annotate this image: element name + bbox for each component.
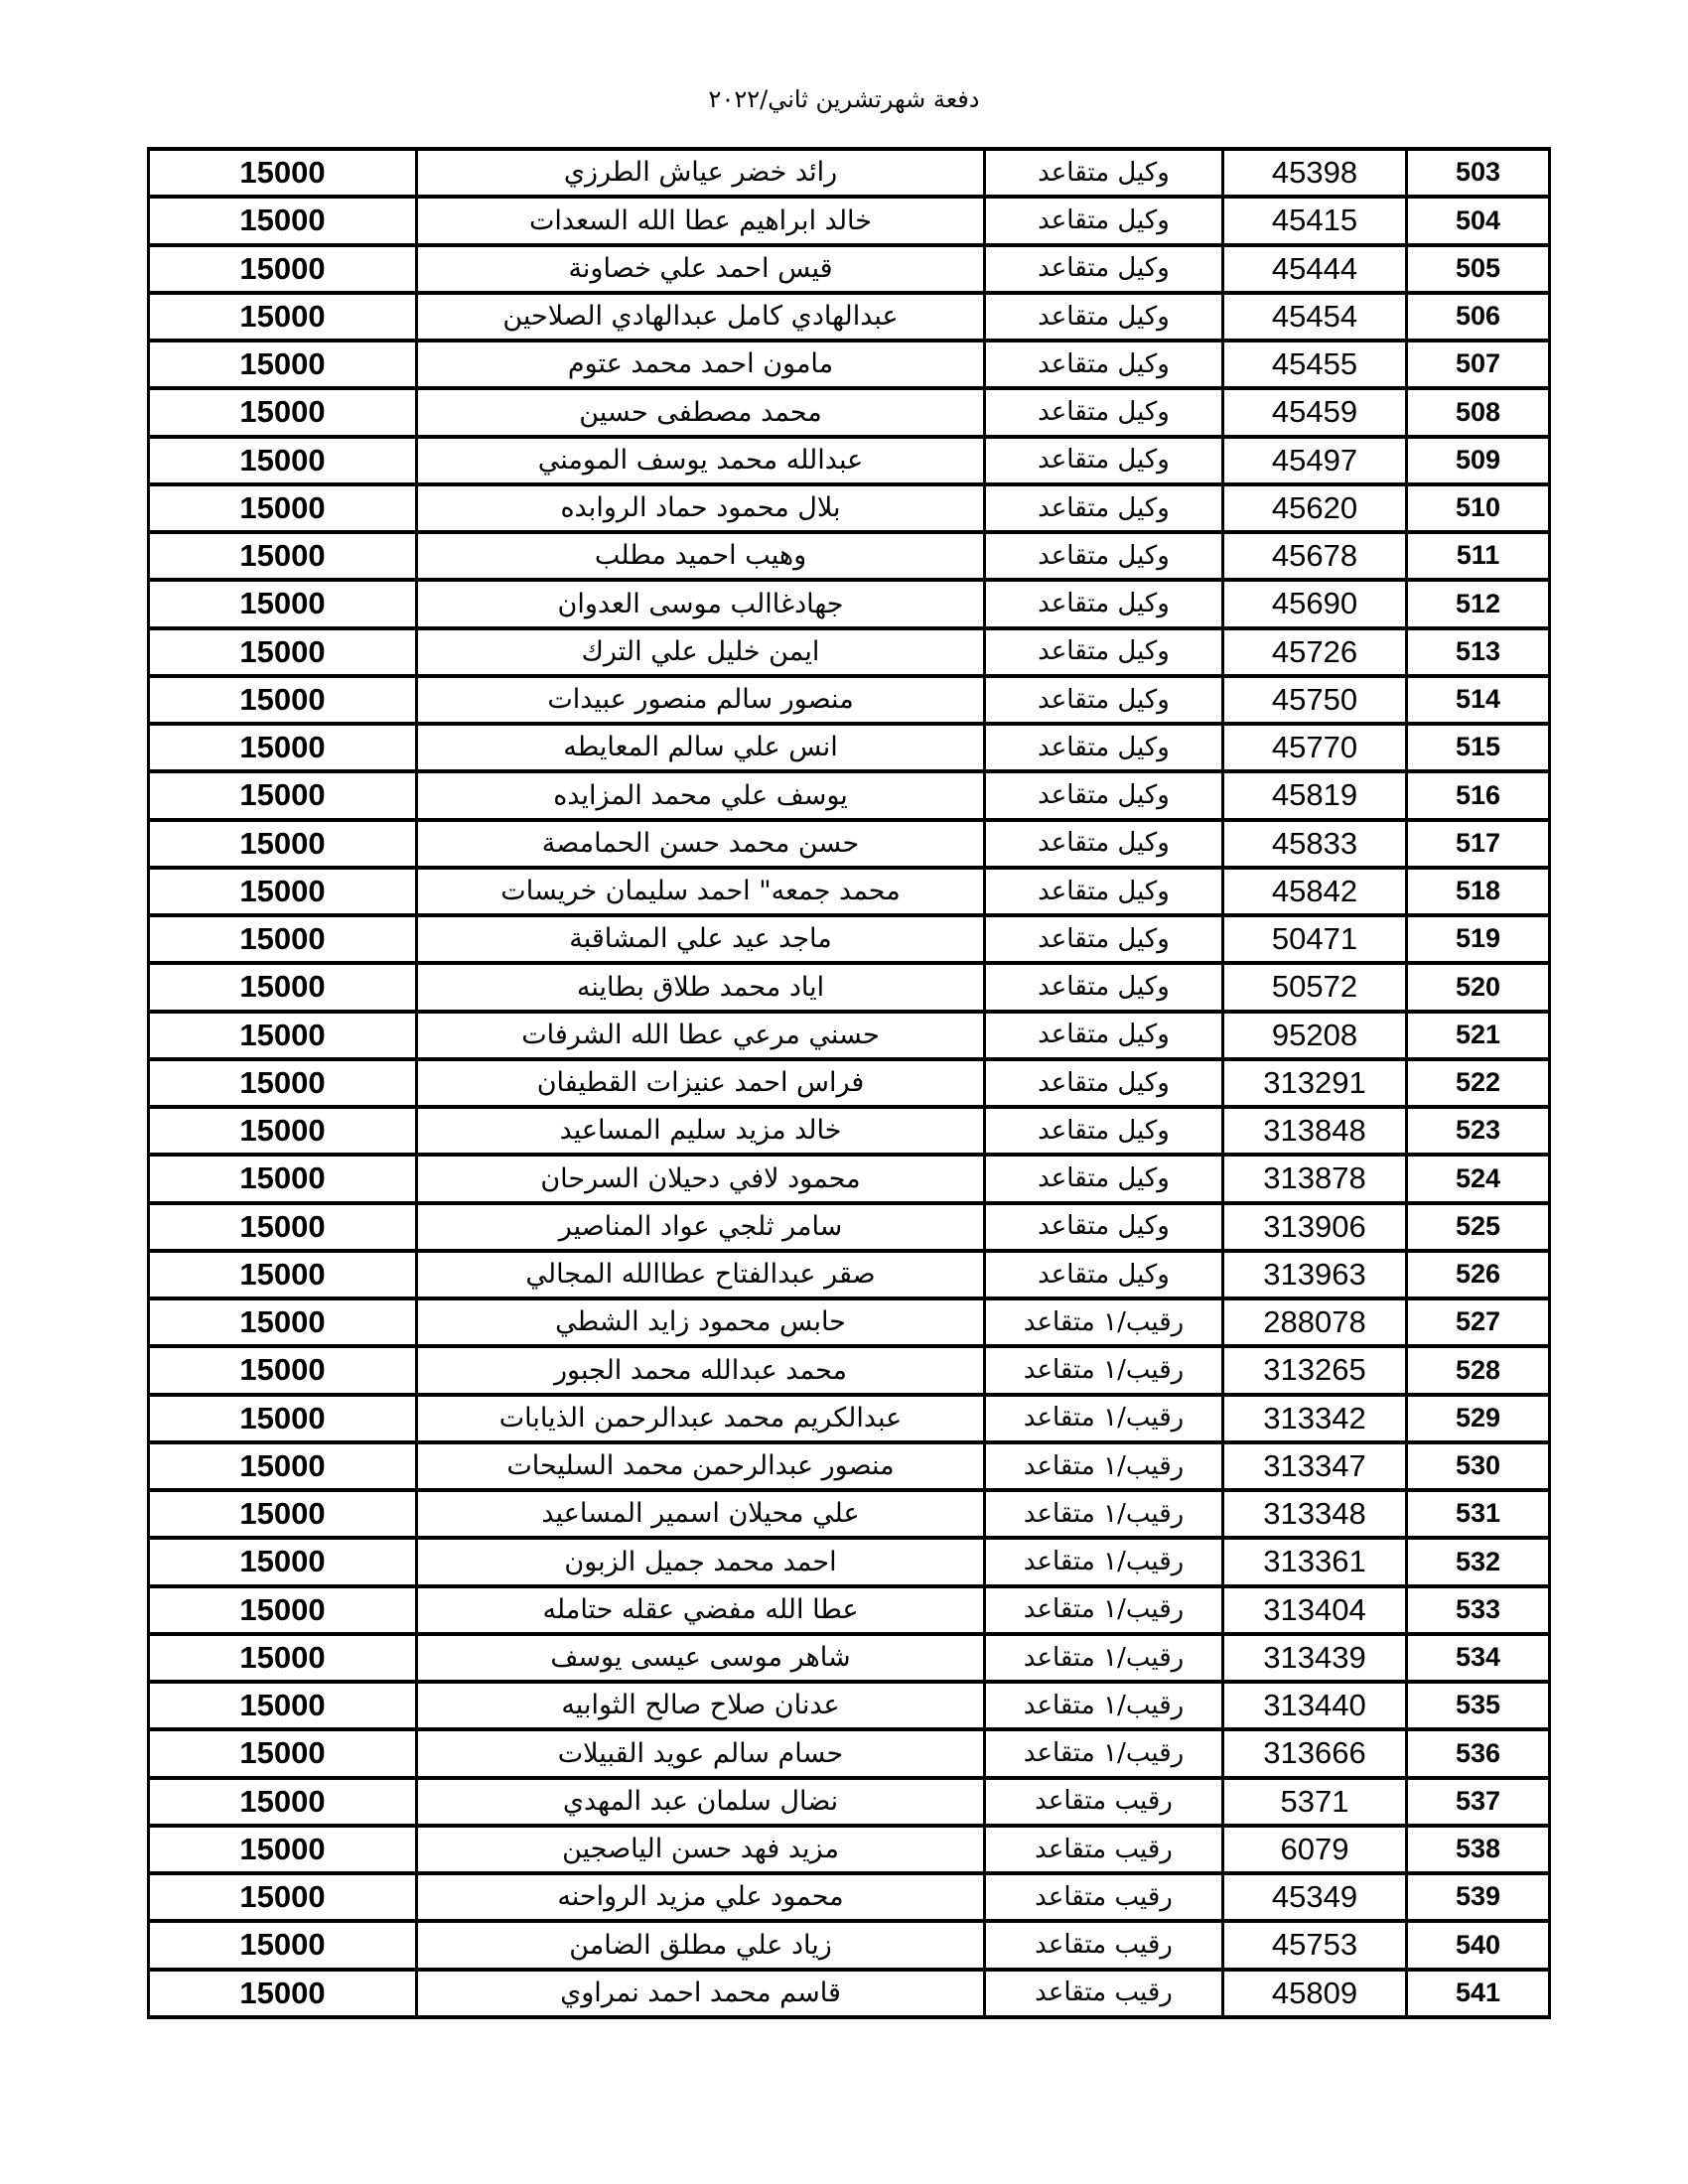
amount-cell: 15000 <box>149 245 417 293</box>
table-row: 541 45809 رقيب متقاعد قاسم محمد احمد نمر… <box>149 1970 1550 2018</box>
name-cell: اياد محمد طلاق بطاينه <box>417 963 985 1011</box>
id-cell: 45770 <box>1223 724 1407 771</box>
id-cell: 45497 <box>1223 437 1407 484</box>
rank-cell: وكيل متقاعد <box>985 676 1223 724</box>
name-cell: حسن محمد حسن الحمامصة <box>417 820 985 868</box>
amount-cell: 15000 <box>149 868 417 915</box>
amount-cell: 15000 <box>149 1921 417 1969</box>
table-row: 524 313878 وكيل متقاعد محمود لافي دحيلان… <box>149 1155 1550 1202</box>
amount-cell: 15000 <box>149 963 417 1011</box>
amount-cell: 15000 <box>149 1538 417 1585</box>
id-cell: 45726 <box>1223 628 1407 676</box>
id-cell: 50471 <box>1223 915 1407 963</box>
name-cell: عبدالله محمد يوسف المومني <box>417 437 985 484</box>
row-number-cell: 504 <box>1407 197 1550 244</box>
id-cell: 313848 <box>1223 1107 1407 1155</box>
rank-cell: وكيل متقاعد <box>985 1203 1223 1251</box>
name-cell: محمد جمعه" احمد سليمان خريسات <box>417 868 985 915</box>
rank-cell: وكيل متقاعد <box>985 868 1223 915</box>
rank-cell: وكيل متقاعد <box>985 1059 1223 1107</box>
rank-cell: وكيل متقاعد <box>985 915 1223 963</box>
name-cell: محمد مصطفى حسين <box>417 388 985 436</box>
rank-cell: رقيب متقاعد <box>985 1778 1223 1826</box>
id-cell: 288078 <box>1223 1298 1407 1346</box>
id-cell: 313404 <box>1223 1586 1407 1634</box>
rank-cell: وكيل متقاعد <box>985 1012 1223 1059</box>
amount-cell: 15000 <box>149 580 417 627</box>
amount-cell: 15000 <box>149 676 417 724</box>
row-number-cell: 526 <box>1407 1251 1550 1298</box>
name-cell: عبدالهادي كامل عبدالهادي الصلاحين <box>417 293 985 341</box>
amount-cell: 15000 <box>149 1155 417 1202</box>
id-cell: 45455 <box>1223 341 1407 388</box>
amount-cell: 15000 <box>149 1442 417 1490</box>
name-cell: عطا الله مفضي عقله حتامله <box>417 1586 985 1634</box>
amount-cell: 15000 <box>149 197 417 244</box>
id-cell: 45842 <box>1223 868 1407 915</box>
name-cell: وهيب احميد مطلب <box>417 532 985 580</box>
table-row: 536 313666 رقيب/١ متقاعد حسام سالم عويد … <box>149 1729 1550 1777</box>
amount-cell: 15000 <box>149 532 417 580</box>
table-row: 504 45415 وكيل متقاعد خالد ابراهيم عطا ا… <box>149 197 1550 244</box>
rank-cell: وكيل متقاعد <box>985 724 1223 771</box>
table-row: 511 45678 وكيل متقاعد وهيب احميد مطلب 15… <box>149 532 1550 580</box>
rank-cell: رقيب/١ متقاعد <box>985 1729 1223 1777</box>
row-number-cell: 510 <box>1407 484 1550 532</box>
rank-cell: رقيب/١ متقاعد <box>985 1490 1223 1538</box>
row-number-cell: 535 <box>1407 1682 1550 1729</box>
rank-cell: رقيب متقاعد <box>985 1970 1223 2018</box>
row-number-cell: 522 <box>1407 1059 1550 1107</box>
table-row: 525 313906 وكيل متقاعد سامر ثلجي عواد ال… <box>149 1203 1550 1251</box>
id-cell: 45833 <box>1223 820 1407 868</box>
table-row: 515 45770 وكيل متقاعد انس علي سالم المعا… <box>149 724 1550 771</box>
id-cell: 313348 <box>1223 1490 1407 1538</box>
name-cell: محمود لافي دحيلان السرحان <box>417 1155 985 1202</box>
name-cell: سامر ثلجي عواد المناصير <box>417 1203 985 1251</box>
name-cell: خالد ابراهيم عطا الله السعدات <box>417 197 985 244</box>
amount-cell: 15000 <box>149 820 417 868</box>
name-cell: احمد محمد جميل الزبون <box>417 1538 985 1585</box>
table-row: 539 45349 رقيب متقاعد محمود علي مزيد الر… <box>149 1873 1550 1921</box>
document-page: دفعة شهرتشرين ثاني/٢٠٢٢ 503 45398 وكيل م… <box>0 0 1688 2184</box>
table-row: 513 45726 وكيل متقاعد ايمن خليل علي التر… <box>149 628 1550 676</box>
table-row: 540 45753 رقيب متقاعد زياد علي مطلق الضا… <box>149 1921 1550 1969</box>
table-row: 530 313347 رقيب/١ متقاعد منصور عبدالرحمن… <box>149 1442 1550 1490</box>
name-cell: جهادغاالب موسى العدوان <box>417 580 985 627</box>
rank-cell: وكيل متقاعد <box>985 1107 1223 1155</box>
id-cell: 45398 <box>1223 149 1407 197</box>
amount-cell: 15000 <box>149 1012 417 1059</box>
table-row: 508 45459 وكيل متقاعد محمد مصطفى حسين 15… <box>149 388 1550 436</box>
row-number-cell: 506 <box>1407 293 1550 341</box>
row-number-cell: 503 <box>1407 149 1550 197</box>
rank-cell: وكيل متقاعد <box>985 245 1223 293</box>
rank-cell: رقيب/١ متقاعد <box>985 1538 1223 1585</box>
name-cell: محمد عبدالله محمد الجبور <box>417 1346 985 1394</box>
id-cell: 313361 <box>1223 1538 1407 1585</box>
amount-cell: 15000 <box>149 437 417 484</box>
row-number-cell: 538 <box>1407 1826 1550 1873</box>
row-number-cell: 514 <box>1407 676 1550 724</box>
id-cell: 45415 <box>1223 197 1407 244</box>
name-cell: قاسم محمد احمد نمراوي <box>417 1970 985 2018</box>
id-cell: 313347 <box>1223 1442 1407 1490</box>
row-number-cell: 523 <box>1407 1107 1550 1155</box>
id-cell: 45753 <box>1223 1921 1407 1969</box>
row-number-cell: 525 <box>1407 1203 1550 1251</box>
name-cell: بلال محمود حماد الروابده <box>417 484 985 532</box>
id-cell: 45678 <box>1223 532 1407 580</box>
row-number-cell: 513 <box>1407 628 1550 676</box>
id-cell: 45444 <box>1223 245 1407 293</box>
table-row: 506 45454 وكيل متقاعد عبدالهادي كامل عبد… <box>149 293 1550 341</box>
name-cell: نضال سلمان عبد المهدي <box>417 1778 985 1826</box>
table-row: 527 288078 رقيب/١ متقاعد حابس محمود زايد… <box>149 1298 1550 1346</box>
amount-cell: 15000 <box>149 1970 417 2018</box>
amount-cell: 15000 <box>149 1107 417 1155</box>
table-row: 512 45690 وكيل متقاعد جهادغاالب موسى الع… <box>149 580 1550 627</box>
rank-cell: رقيب/١ متقاعد <box>985 1682 1223 1729</box>
table-row: 521 95208 وكيل متقاعد حسني مرعي عطا الله… <box>149 1012 1550 1059</box>
id-cell: 45809 <box>1223 1970 1407 2018</box>
row-number-cell: 519 <box>1407 915 1550 963</box>
id-cell: 313265 <box>1223 1346 1407 1394</box>
amount-cell: 15000 <box>149 293 417 341</box>
row-number-cell: 531 <box>1407 1490 1550 1538</box>
row-number-cell: 517 <box>1407 820 1550 868</box>
row-number-cell: 515 <box>1407 724 1550 771</box>
rank-cell: رقيب متقاعد <box>985 1826 1223 1873</box>
rank-cell: وكيل متقاعد <box>985 1251 1223 1298</box>
rank-cell: وكيل متقاعد <box>985 532 1223 580</box>
row-number-cell: 511 <box>1407 532 1550 580</box>
id-cell: 6079 <box>1223 1826 1407 1873</box>
amount-cell: 15000 <box>149 1298 417 1346</box>
name-cell: حسام سالم عويد القبيلات <box>417 1729 985 1777</box>
row-number-cell: 540 <box>1407 1921 1550 1969</box>
amount-cell: 15000 <box>149 1203 417 1251</box>
table-row: 509 45497 وكيل متقاعد عبدالله محمد يوسف … <box>149 437 1550 484</box>
id-cell: 45349 <box>1223 1873 1407 1921</box>
rank-cell: وكيل متقاعد <box>985 963 1223 1011</box>
table-body: 503 45398 وكيل متقاعد رائد خضر عياش الطر… <box>149 149 1550 2017</box>
name-cell: مزيد فهد حسن الياصجين <box>417 1826 985 1873</box>
rank-cell: رقيب/١ متقاعد <box>985 1442 1223 1490</box>
row-number-cell: 530 <box>1407 1442 1550 1490</box>
table-row: 522 313291 وكيل متقاعد فراس احمد عنيزات … <box>149 1059 1550 1107</box>
name-cell: ايمن خليل علي الترك <box>417 628 985 676</box>
id-cell: 313666 <box>1223 1729 1407 1777</box>
table-row: 519 50471 وكيل متقاعد ماجد عيد علي المشا… <box>149 915 1550 963</box>
rank-cell: وكيل متقاعد <box>985 293 1223 341</box>
rank-cell: وكيل متقاعد <box>985 388 1223 436</box>
table-row: 520 50572 وكيل متقاعد اياد محمد طلاق بطا… <box>149 963 1550 1011</box>
id-cell: 95208 <box>1223 1012 1407 1059</box>
amount-cell: 15000 <box>149 1251 417 1298</box>
amount-cell: 15000 <box>149 771 417 819</box>
rank-cell: وكيل متقاعد <box>985 484 1223 532</box>
table-row: 503 45398 وكيل متقاعد رائد خضر عياش الطر… <box>149 149 1550 197</box>
table-row: 528 313265 رقيب/١ متقاعد محمد عبدالله مح… <box>149 1346 1550 1394</box>
amount-cell: 15000 <box>149 1634 417 1682</box>
amount-cell: 15000 <box>149 1729 417 1777</box>
retirees-payment-table: 503 45398 وكيل متقاعد رائد خضر عياش الطر… <box>147 147 1551 2019</box>
name-cell: علي محيلان اسمير المساعيد <box>417 1490 985 1538</box>
name-cell: ماجد عيد علي المشاقبة <box>417 915 985 963</box>
id-cell: 313906 <box>1223 1203 1407 1251</box>
rank-cell: رقيب/١ متقاعد <box>985 1395 1223 1442</box>
rank-cell: وكيل متقاعد <box>985 580 1223 627</box>
rank-cell: رقيب/١ متقاعد <box>985 1634 1223 1682</box>
amount-cell: 15000 <box>149 1586 417 1634</box>
table-row: 538 6079 رقيب متقاعد مزيد فهد حسن الياصج… <box>149 1826 1550 1873</box>
rank-cell: رقيب متقاعد <box>985 1921 1223 1969</box>
amount-cell: 15000 <box>149 915 417 963</box>
amount-cell: 15000 <box>149 1873 417 1921</box>
table-row: 517 45833 وكيل متقاعد حسن محمد حسن الحما… <box>149 820 1550 868</box>
row-number-cell: 512 <box>1407 580 1550 627</box>
row-number-cell: 537 <box>1407 1778 1550 1826</box>
row-number-cell: 536 <box>1407 1729 1550 1777</box>
row-number-cell: 534 <box>1407 1634 1550 1682</box>
row-number-cell: 521 <box>1407 1012 1550 1059</box>
id-cell: 45620 <box>1223 484 1407 532</box>
id-cell: 45690 <box>1223 580 1407 627</box>
rank-cell: وكيل متقاعد <box>985 341 1223 388</box>
name-cell: فراس احمد عنيزات القطيفان <box>417 1059 985 1107</box>
amount-cell: 15000 <box>149 1490 417 1538</box>
rank-cell: رقيب متقاعد <box>985 1873 1223 1921</box>
id-cell: 45459 <box>1223 388 1407 436</box>
name-cell: عبدالكريم محمد عبدالرحمن الذيابات <box>417 1395 985 1442</box>
row-number-cell: 532 <box>1407 1538 1550 1585</box>
table-row: 518 45842 وكيل متقاعد محمد جمعه" احمد سل… <box>149 868 1550 915</box>
row-number-cell: 539 <box>1407 1873 1550 1921</box>
page-title: دفعة شهرتشرين ثاني/٢٠٢٢ <box>0 85 1688 113</box>
row-number-cell: 516 <box>1407 771 1550 819</box>
row-number-cell: 541 <box>1407 1970 1550 2018</box>
name-cell: محمود علي مزيد الرواحنه <box>417 1873 985 1921</box>
name-cell: حسني مرعي عطا الله الشرفات <box>417 1012 985 1059</box>
table-row: 534 313439 رقيب/١ متقاعد شاهر موسى عيسى … <box>149 1634 1550 1682</box>
row-number-cell: 528 <box>1407 1346 1550 1394</box>
amount-cell: 15000 <box>149 1778 417 1826</box>
id-cell: 5371 <box>1223 1778 1407 1826</box>
row-number-cell: 508 <box>1407 388 1550 436</box>
row-number-cell: 507 <box>1407 341 1550 388</box>
table-row: 531 313348 رقيب/١ متقاعد علي محيلان اسمي… <box>149 1490 1550 1538</box>
rank-cell: وكيل متقاعد <box>985 771 1223 819</box>
rank-cell: وكيل متقاعد <box>985 820 1223 868</box>
row-number-cell: 520 <box>1407 963 1550 1011</box>
name-cell: زياد علي مطلق الضامن <box>417 1921 985 1969</box>
table-row: 529 313342 رقيب/١ متقاعد عبدالكريم محمد … <box>149 1395 1550 1442</box>
rank-cell: رقيب/١ متقاعد <box>985 1298 1223 1346</box>
name-cell: مامون احمد محمد عتوم <box>417 341 985 388</box>
row-number-cell: 524 <box>1407 1155 1550 1202</box>
row-number-cell: 518 <box>1407 868 1550 915</box>
amount-cell: 15000 <box>149 388 417 436</box>
rank-cell: وكيل متقاعد <box>985 437 1223 484</box>
row-number-cell: 533 <box>1407 1586 1550 1634</box>
name-cell: رائد خضر عياش الطرزي <box>417 149 985 197</box>
amount-cell: 15000 <box>149 149 417 197</box>
amount-cell: 15000 <box>149 724 417 771</box>
amount-cell: 15000 <box>149 1059 417 1107</box>
rank-cell: وكيل متقاعد <box>985 628 1223 676</box>
table-row: 514 45750 وكيل متقاعد منصور سالم منصور ع… <box>149 676 1550 724</box>
id-cell: 313439 <box>1223 1634 1407 1682</box>
name-cell: انس علي سالم المعايطه <box>417 724 985 771</box>
rank-cell: رقيب/١ متقاعد <box>985 1346 1223 1394</box>
table-row: 507 45455 وكيل متقاعد مامون احمد محمد عت… <box>149 341 1550 388</box>
row-number-cell: 505 <box>1407 245 1550 293</box>
rank-cell: وكيل متقاعد <box>985 197 1223 244</box>
name-cell: قيس احمد علي خصاونة <box>417 245 985 293</box>
id-cell: 313963 <box>1223 1251 1407 1298</box>
id-cell: 45819 <box>1223 771 1407 819</box>
table-row: 537 5371 رقيب متقاعد نضال سلمان عبد المه… <box>149 1778 1550 1826</box>
name-cell: عدنان صلاح صالح الثوابيه <box>417 1682 985 1729</box>
amount-cell: 15000 <box>149 628 417 676</box>
name-cell: منصور عبدالرحمن محمد السليحات <box>417 1442 985 1490</box>
id-cell: 313440 <box>1223 1682 1407 1729</box>
name-cell: صقر عبدالفتاح عطاالله المجالي <box>417 1251 985 1298</box>
id-cell: 45750 <box>1223 676 1407 724</box>
rank-cell: وكيل متقاعد <box>985 149 1223 197</box>
table-row: 516 45819 وكيل متقاعد يوسف علي محمد المز… <box>149 771 1550 819</box>
table-row: 523 313848 وكيل متقاعد خالد مزيد سليم ال… <box>149 1107 1550 1155</box>
table-row: 526 313963 وكيل متقاعد صقر عبدالفتاح عطا… <box>149 1251 1550 1298</box>
table-row: 533 313404 رقيب/١ متقاعد عطا الله مفضي ع… <box>149 1586 1550 1634</box>
rank-cell: رقيب/١ متقاعد <box>985 1586 1223 1634</box>
table-row: 532 313361 رقيب/١ متقاعد احمد محمد جميل … <box>149 1538 1550 1585</box>
id-cell: 50572 <box>1223 963 1407 1011</box>
name-cell: يوسف علي محمد المزايده <box>417 771 985 819</box>
amount-cell: 15000 <box>149 1346 417 1394</box>
table-row: 535 313440 رقيب/١ متقاعد عدنان صلاح صالح… <box>149 1682 1550 1729</box>
id-cell: 313878 <box>1223 1155 1407 1202</box>
name-cell: منصور سالم منصور عبيدات <box>417 676 985 724</box>
row-number-cell: 529 <box>1407 1395 1550 1442</box>
name-cell: خالد مزيد سليم المساعيد <box>417 1107 985 1155</box>
id-cell: 313291 <box>1223 1059 1407 1107</box>
amount-cell: 15000 <box>149 1682 417 1729</box>
amount-cell: 15000 <box>149 341 417 388</box>
id-cell: 313342 <box>1223 1395 1407 1442</box>
id-cell: 45454 <box>1223 293 1407 341</box>
name-cell: شاهر موسى عيسى يوسف <box>417 1634 985 1682</box>
name-cell: حابس محمود زايد الشطي <box>417 1298 985 1346</box>
row-number-cell: 509 <box>1407 437 1550 484</box>
rank-cell: وكيل متقاعد <box>985 1155 1223 1202</box>
table-row: 505 45444 وكيل متقاعد قيس احمد علي خصاون… <box>149 245 1550 293</box>
amount-cell: 15000 <box>149 1395 417 1442</box>
amount-cell: 15000 <box>149 484 417 532</box>
row-number-cell: 527 <box>1407 1298 1550 1346</box>
amount-cell: 15000 <box>149 1826 417 1873</box>
table-row: 510 45620 وكيل متقاعد بلال محمود حماد ال… <box>149 484 1550 532</box>
